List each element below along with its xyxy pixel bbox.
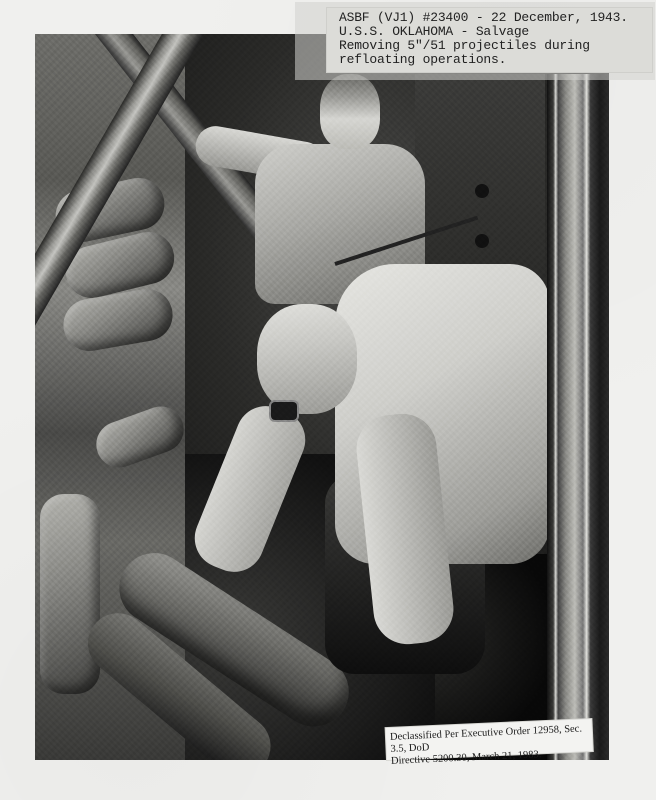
caption-line-3: Removing 5"/51 projectiles during: [339, 39, 652, 53]
caption-line-4: refloating operations.: [339, 53, 652, 67]
film-grain: [35, 34, 609, 760]
archival-photograph: [35, 34, 609, 760]
caption-line-2: U.S.S. OKLAHOMA - Salvage: [339, 25, 652, 39]
typewritten-caption: ASBF (VJ1) #23400 - 22 December, 1943. U…: [327, 8, 652, 72]
caption-line-1: ASBF (VJ1) #23400 - 22 December, 1943.: [339, 11, 652, 25]
